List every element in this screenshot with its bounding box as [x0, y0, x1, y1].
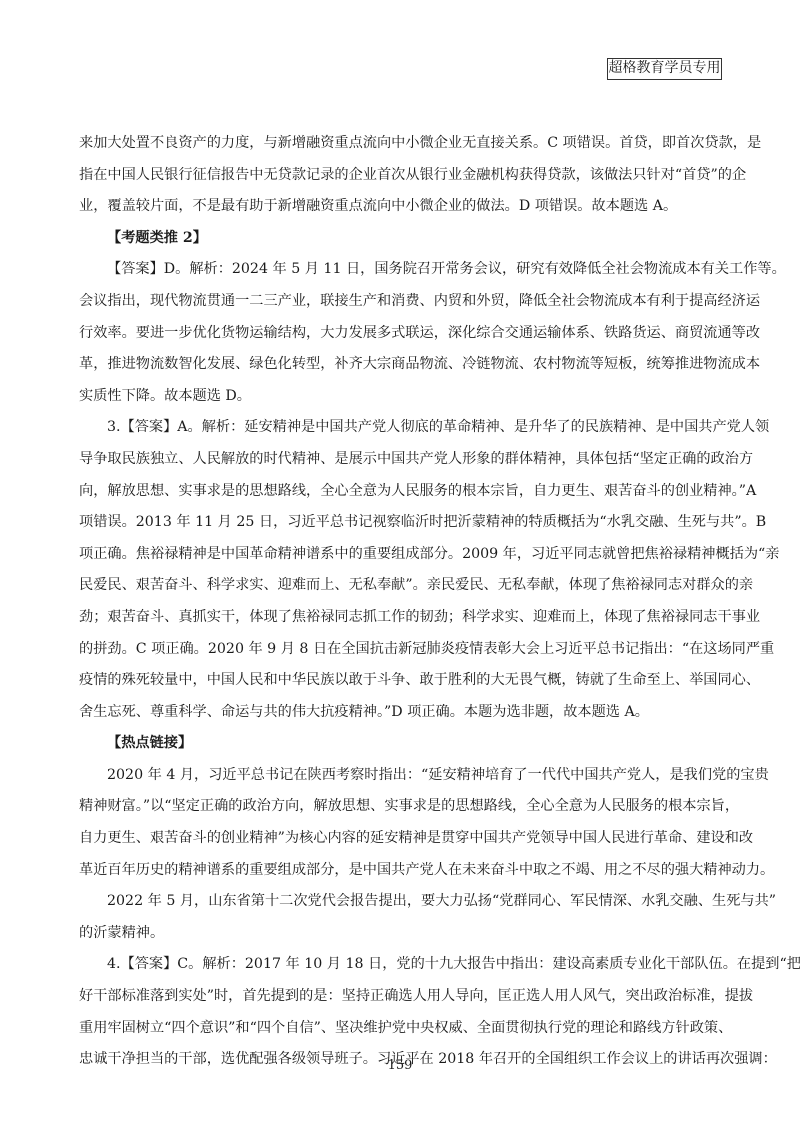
page-number: 159: [0, 1058, 800, 1073]
text-line: 4.【答案】C。解析：2017 年 10 月 18 日，党的十九大报告中指出：建…: [79, 949, 722, 981]
text-line: 民爱民、艰苦奋斗、科学求实、迎难而上、无私奉献”。亲民爱民、无私奉献，体现了焦裕…: [79, 570, 722, 602]
section-heading: 【热点链接】: [79, 728, 722, 760]
text-line: 重用牢固树立“四个意识”和“四个自信”、坚决维护党中央权威、全面贯彻执行党的理论…: [79, 1013, 722, 1045]
text-line: 2022 年 5 月，山东省第十二次党代会报告提出，要大力弘扬“党群同心、军民情…: [79, 886, 722, 918]
text-line: 指在中国人民银行征信报告中无贷款记录的企业首次从银行业金融机构获得贷款，该做法只…: [79, 160, 722, 192]
text-line: 项正确。焦裕禄精神是中国革命精神谱系中的重要组成部分。2009 年，习近平同志就…: [79, 539, 722, 571]
text-line: 向，解放思想、实事求是的思想路线，全心全意为人民服务的根本宗旨，自力更生、艰苦奋…: [79, 476, 722, 508]
section-heading: 【考题类推 2】: [79, 223, 722, 255]
watermark-stamp: 超格教育学员专用: [607, 58, 722, 80]
text-line: 革，推进物流数智化发展、绿色化转型，补齐大宗商品物流、冷链物流、农村物流等短板，…: [79, 349, 722, 381]
text-line: 业，覆盖较片面，不是最有助于新增融资重点流向中小微企业的做法。D 项错误。故本题…: [79, 191, 722, 223]
text-line: 舍生忘死、尊重科学、命运与共的伟大抗疫精神。”D 项正确。本题为选非题，故本题选…: [79, 697, 722, 729]
text-line: 自力更生、艰苦奋斗的创业精神”为核心内容的延安精神是贯穿中国共产党领导中国人民进…: [79, 823, 722, 855]
text-line: 疫情的殊死较量中，中国人民和中华民族以敢于斗争、敢于胜利的大无畏气概，铸就了生命…: [79, 665, 722, 697]
text-line: 会议指出，现代物流贯通一二三产业，联接生产和消费、内贸和外贸，降低全社会物流成本…: [79, 286, 722, 318]
text-line: 好干部标准落到实处”时，首先提到的是：坚持正确选人用人导向，匡正选人用人风气，突…: [79, 981, 722, 1013]
text-line: 项错误。2013 年 11 月 25 日，习近平总书记视察临沂时把沂蒙精神的特质…: [79, 507, 722, 539]
text-line: 导争取民族独立、人民解放的时代精神、是展示中国共产党人形象的群体精神，具体包括“…: [79, 444, 722, 476]
text-line: 革近百年历史的精神谱系的重要组成部分，是中国共产党人在未来奋斗中取之不竭、用之不…: [79, 855, 722, 887]
text-line: 实质性下降。故本题选 D。: [79, 381, 722, 413]
text-line: 劲；艰苦奋斗、真抓实干，体现了焦裕禄同志抓工作的韧劲；科学求实、迎难而上，体现了…: [79, 602, 722, 634]
page-body: 来加大处置不良资产的力度，与新增融资重点流向中小微企业无直接关系。C 项错误。首…: [79, 128, 722, 1076]
text-line: 3.【答案】A。解析：延安精神是中国共产党人彻底的革命精神、是升华了的民族精神、…: [79, 412, 722, 444]
text-line: 精神财富。”以“坚定正确的政治方向，解放思想、实事求是的思想路线，全心全意为人民…: [79, 791, 722, 823]
text-line: 行效率。要进一步优化货物运输结构，大力发展多式联运，深化综合交通运输体系、铁路货…: [79, 318, 722, 350]
text-line: 【答案】D。解析：2024 年 5 月 11 日，国务院召开常务会议，研究有效降…: [79, 254, 722, 286]
text-line: 2020 年 4 月，习近平总书记在陕西考察时指出：“延安精神培育了一代代中国共…: [79, 760, 722, 792]
text-line: 来加大处置不良资产的力度，与新增融资重点流向中小微企业无直接关系。C 项错误。首…: [79, 128, 722, 160]
text-line: 的沂蒙精神。: [79, 918, 722, 950]
text-line: 的拼劲。C 项正确。2020 年 9 月 8 日在全国抗击新冠肺炎疫情表彰大会上…: [79, 634, 722, 666]
